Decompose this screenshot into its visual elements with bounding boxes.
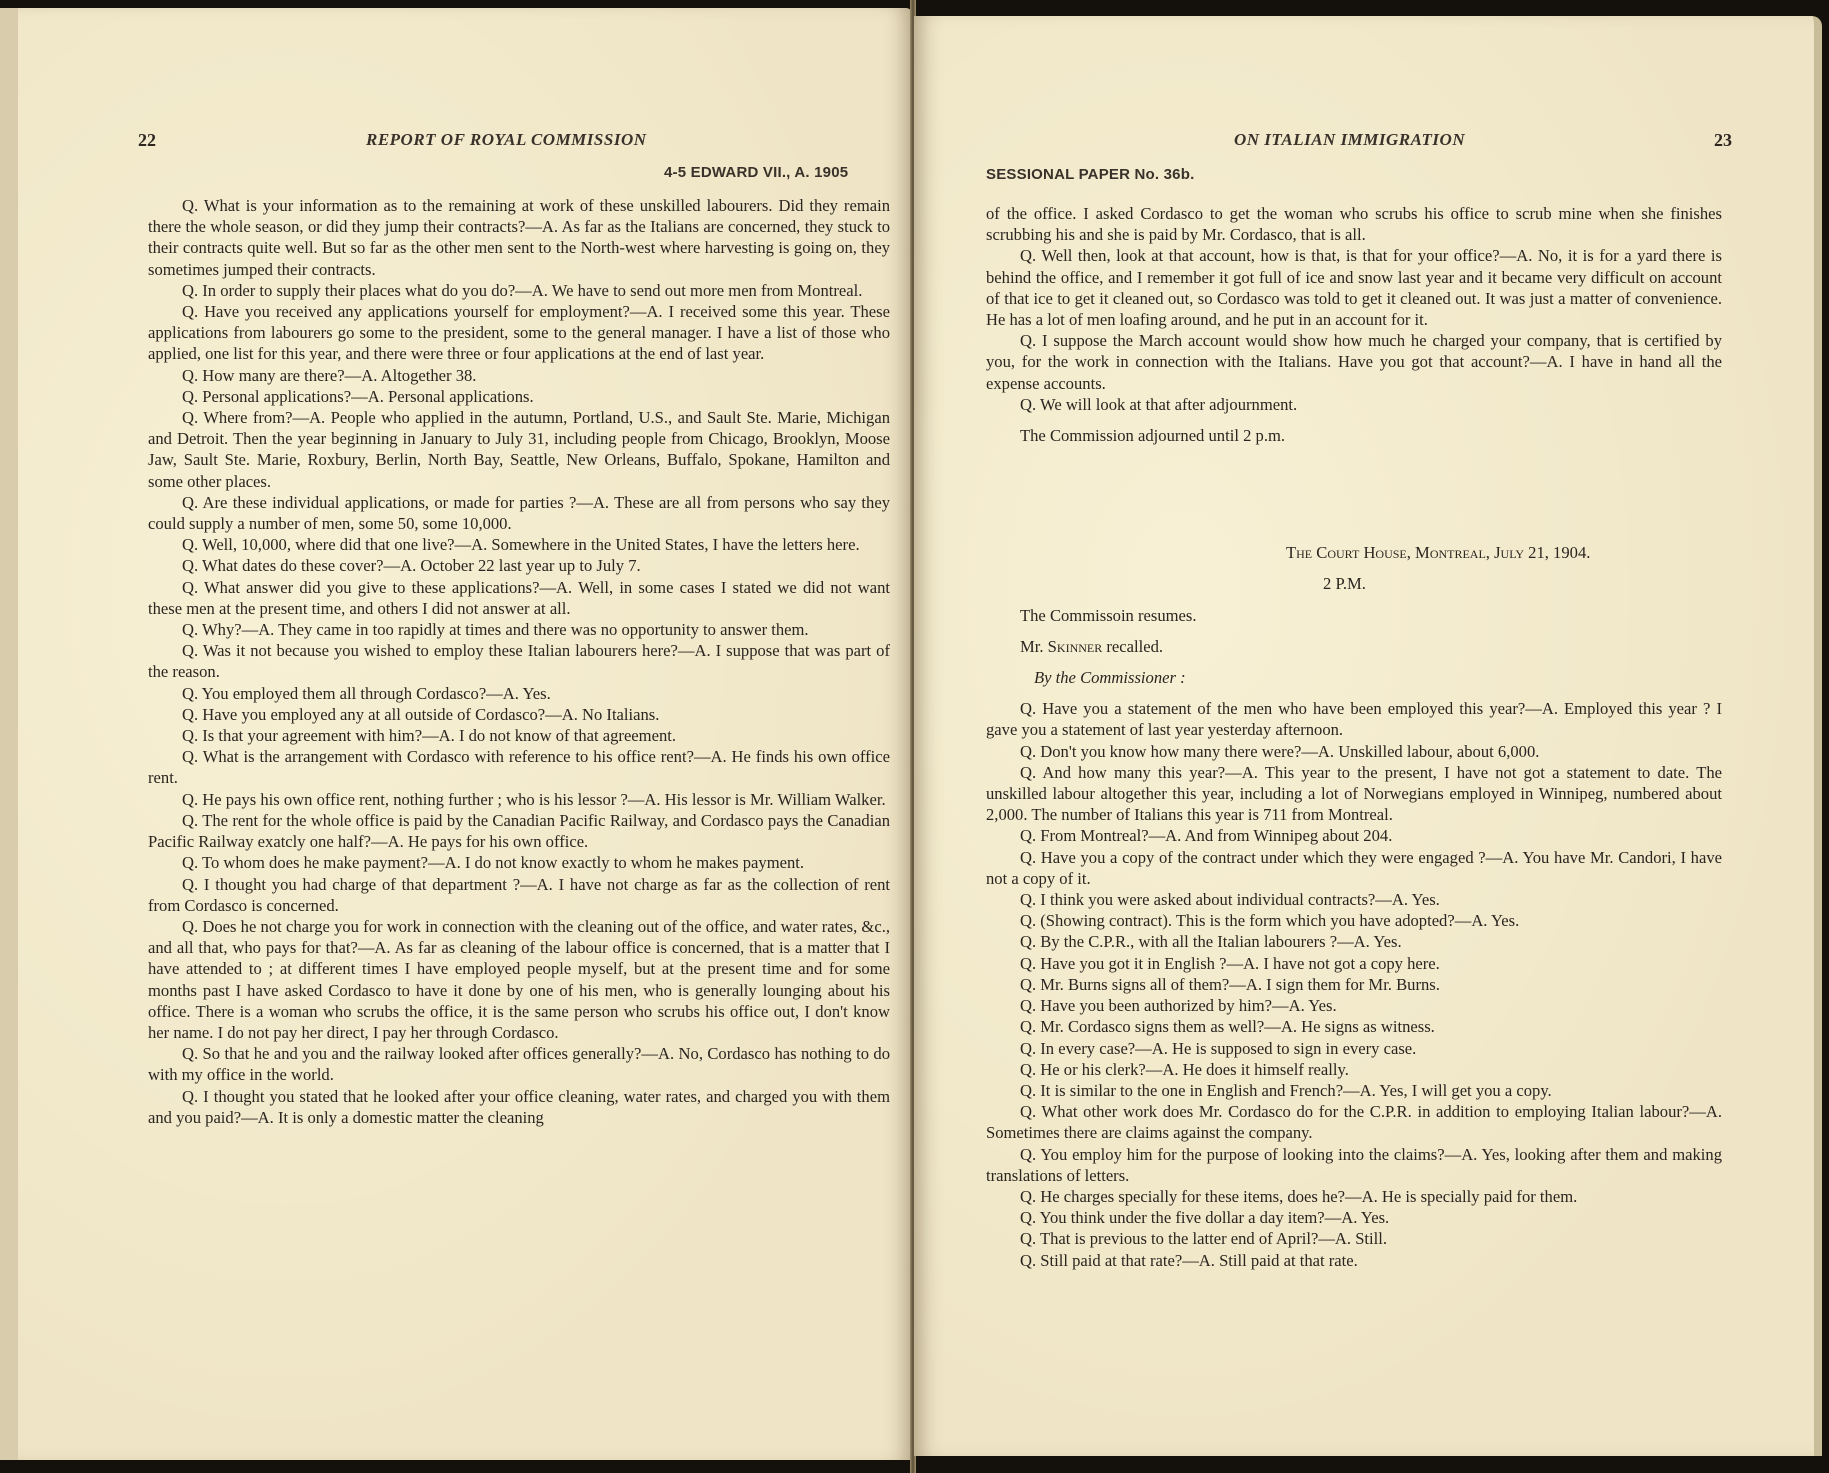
paragraph: Q. He or his clerk?—A. He does it himsel… xyxy=(986,1059,1722,1080)
paragraph: Q. That is previous to the latter end of… xyxy=(986,1228,1722,1249)
recalled-prefix: Mr. xyxy=(1020,637,1048,656)
volume-subhead: 4-5 EDWARD VII., A. 1905 xyxy=(664,164,848,181)
paragraph: Q. What is your information as to the re… xyxy=(148,195,890,280)
paragraph: Q. We will look at that after adjournmen… xyxy=(986,394,1722,415)
running-head-right: ON ITALIAN IMMIGRATION xyxy=(1234,130,1465,150)
paragraph: Q. Is that your agreement with him?—A. I… xyxy=(148,725,890,746)
paragraph: Q. What answer did you give to these app… xyxy=(148,577,890,619)
right-page-body: of the office. I asked Cordasco to get t… xyxy=(986,203,1722,1271)
paragraph: Q. You think under the five dollar a day… xyxy=(986,1207,1722,1228)
witness-recalled: Mr. Skinner recalled. xyxy=(986,636,1722,657)
paragraph: Q. I thought you stated that he looked a… xyxy=(148,1086,890,1128)
paragraph: Q. Don't you know how many there were?—A… xyxy=(986,741,1722,762)
paragraph: Q. The rent for the whole office is paid… xyxy=(148,810,890,852)
paragraph: Q. Well, 10,000, where did that one live… xyxy=(148,534,890,555)
commission-resumes: The Commissoin resumes. xyxy=(986,605,1722,626)
page-number-left: 22 xyxy=(138,130,156,151)
page-number-right: 23 xyxy=(1714,130,1732,151)
paragraph: Q. I think you were asked about individu… xyxy=(986,889,1722,910)
right-page: ON ITALIAN IMMIGRATION 23 SESSIONAL PAPE… xyxy=(914,16,1822,1456)
paragraph: Q. Was it not because you wished to empl… xyxy=(148,640,890,682)
paragraph: Q. (Showing contract). This is the form … xyxy=(986,910,1722,931)
paragraph: Q. What dates do these cover?—A. October… xyxy=(148,555,890,576)
examiner-heading: By the Commissioner : xyxy=(986,667,1722,688)
paragraph: Q. In order to supply their places what … xyxy=(148,280,890,301)
paragraph: Q. Personal applications?—A. Personal ap… xyxy=(148,386,890,407)
paragraph: Q. So that he and you and the railway lo… xyxy=(148,1043,890,1085)
paragraph: Q. It is similar to the one in English a… xyxy=(986,1080,1722,1101)
paragraph: Q. You employ him for the purpose of loo… xyxy=(986,1144,1722,1186)
paragraph: Q. Mr. Burns signs all of them?—A. I sig… xyxy=(986,974,1722,995)
paragraph: Q. Have you been authorized by him?—A. Y… xyxy=(986,995,1722,1016)
paragraph: Q. Mr. Cordasco signs them as well?—A. H… xyxy=(986,1016,1722,1037)
paragraph: Q. Why?—A. They came in too rapidly at t… xyxy=(148,619,890,640)
paragraph: Q. I suppose the March account would sho… xyxy=(986,330,1722,394)
paragraph: Q. Well then, look at that account, how … xyxy=(986,245,1722,330)
dateline: The Court House, Montreal, July 21, 1904… xyxy=(986,542,1722,563)
paragraph: Q. He pays his own office rent, nothing … xyxy=(148,789,890,810)
paragraph: Q. What is the arrangement with Cordasco… xyxy=(148,746,890,788)
paragraph: Q. How many are there?—A. Altogether 38. xyxy=(148,365,890,386)
left-page-body: Q. What is your information as to the re… xyxy=(148,195,890,1128)
paragraph: Q. By the C.P.R., with all the Italian l… xyxy=(986,931,1722,952)
paragraph: Q. In every case?—A. He is supposed to s… xyxy=(986,1038,1722,1059)
running-head-left: REPORT OF ROYAL COMMISSION xyxy=(366,130,647,150)
paragraph: Q. Have you a copy of the contract under… xyxy=(986,847,1722,889)
recalled-suffix: recalled. xyxy=(1102,637,1163,656)
left-page: 22 REPORT OF ROYAL COMMISSION 4-5 EDWARD… xyxy=(0,8,912,1460)
paragraph: Q. From Montreal?—A. And from Winnipeg a… xyxy=(986,825,1722,846)
paragraph: Q. Have you a statement of the men who h… xyxy=(986,698,1722,740)
paragraph: Q. Are these individual applications, or… xyxy=(148,492,890,534)
paragraph: Q. Have you employed any at all outside … xyxy=(148,704,890,725)
paragraph: Q. What other work does Mr. Cordasco do … xyxy=(986,1101,1722,1143)
paragraph: Q. Where from?—A. People who applied in … xyxy=(148,407,890,492)
sessional-paper-subhead: SESSIONAL PAPER No. 36b. xyxy=(986,166,1194,183)
paragraph: Q. Have you got it in English ?—A. I hav… xyxy=(986,953,1722,974)
paragraph: Q. To whom does he make payment?—A. I do… xyxy=(148,852,890,873)
paragraph: Q. I thought you had charge of that depa… xyxy=(148,874,890,916)
paragraph: Q. Still paid at that rate?—A. Still pai… xyxy=(986,1250,1722,1271)
paragraph: Q. He charges specially for these items,… xyxy=(986,1186,1722,1207)
paragraph: of the office. I asked Cordasco to get t… xyxy=(986,203,1722,245)
witness-name: Skinner xyxy=(1048,637,1103,656)
paragraph: Q. Does he not charge you for work in co… xyxy=(148,916,890,1043)
session-time: 2 P.M. xyxy=(986,573,1722,594)
paragraph: Q. Have you received any applications yo… xyxy=(148,301,890,365)
adjournment-note: The Commission adjourned until 2 p.m. xyxy=(986,425,1722,446)
paragraph: Q. And how many this year?—A. This year … xyxy=(986,762,1722,826)
paragraph: Q. You employed them all through Cordasc… xyxy=(148,683,890,704)
